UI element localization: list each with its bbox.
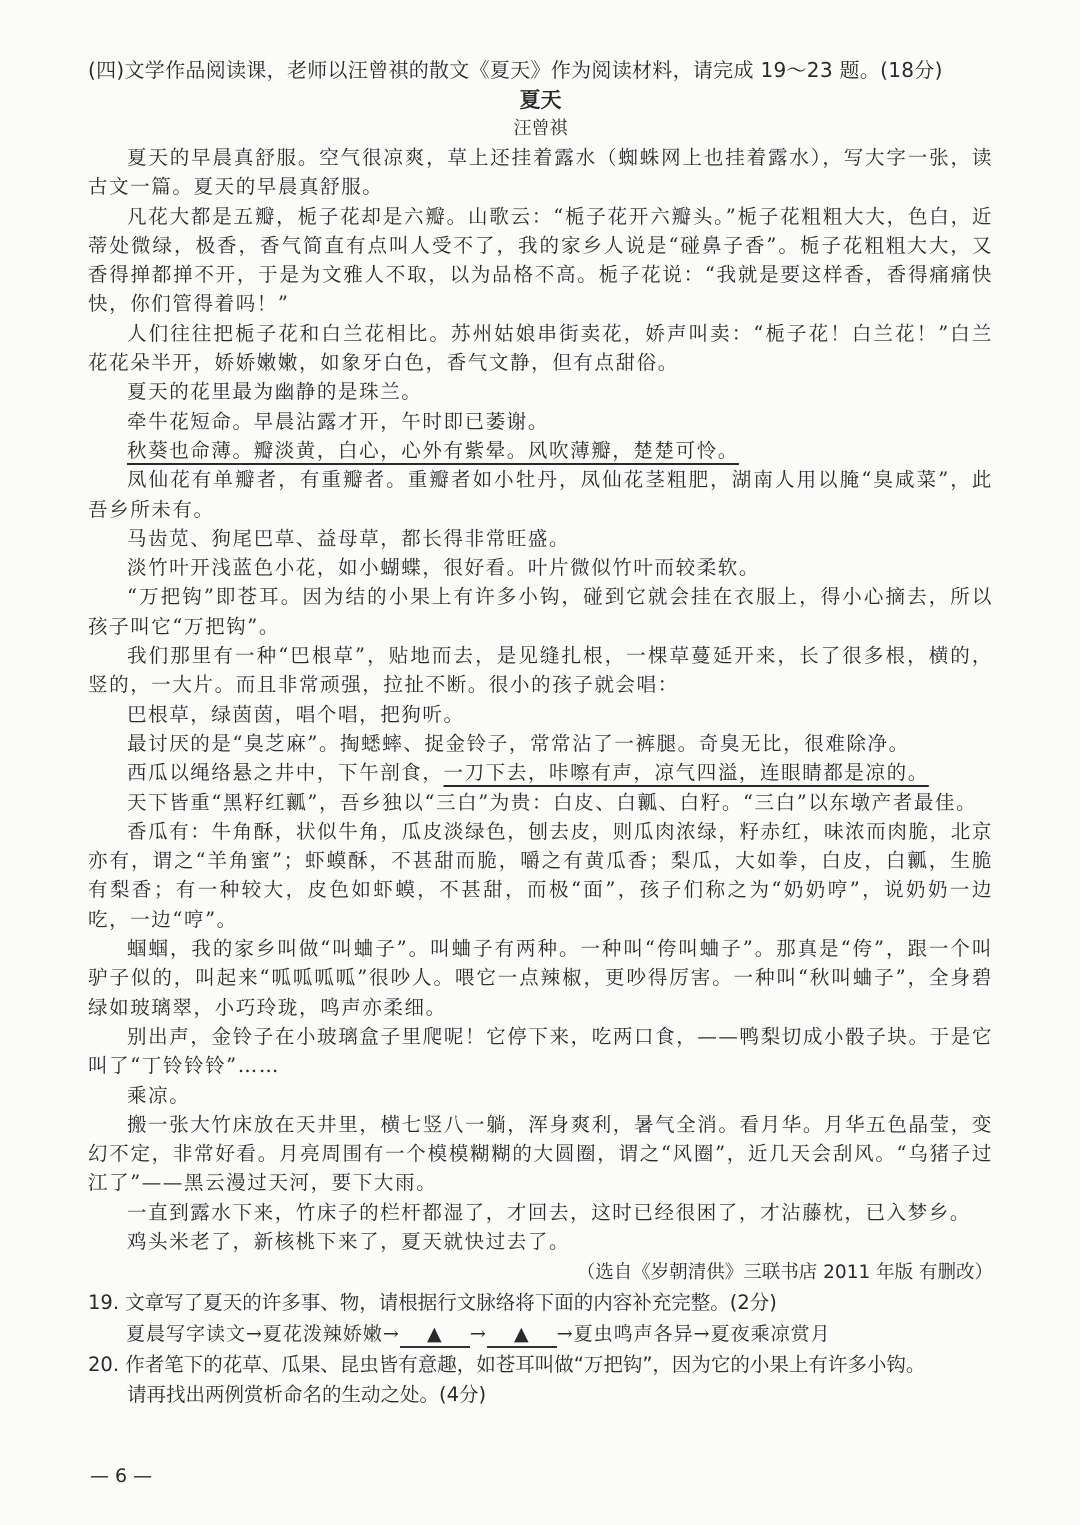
essay-paragraph: 淡竹叶开浅蓝色小花，如小蝴蝶，很好看。叶片微似竹叶而较柔软。	[88, 553, 993, 582]
essay-paragraph-watermelon: 西瓜以绳络悬之井中，下午剖食，一刀下去，咔嚓有声，凉气四溢，连眼睛都是凉的。	[88, 758, 993, 787]
essay-paragraph: 牵牛花短命。早晨沾露才开，午时即已萎谢。	[88, 407, 993, 436]
essay-paragraph: 天下皆重“黑籽红瓤”，吾乡独以“三白”为贵：白皮、白瓤、白籽。“三白”以东墩产者…	[88, 788, 993, 817]
essay-paragraph: 我们那里有一种“巴根草”，贴地而去，是见缝扎根，一棵草蔓延开来，长了很多根，横的…	[88, 641, 993, 700]
flow-arrow: →	[470, 1323, 487, 1345]
essay-paragraph: 马齿苋、狗尾巴草、益母草，都长得非常旺盛。	[88, 524, 993, 553]
question-19: 19. 文章写了夏天的许多事、物，请根据行文脉络将下面的内容补充完整。(2分)	[88, 1288, 993, 1318]
essay-paragraph: 乘凉。	[88, 1081, 993, 1110]
essay-paragraph: 别出声，金铃子在小玻璃盒子里爬呢！它停下来，吃两口食，——鸭梨切成小骰子块。于是…	[88, 1022, 993, 1081]
essay-paragraph: 香瓜有：牛角酥，状似牛角，瓜皮淡绿色，刨去皮，则瓜肉浓绿，籽赤红，味浓而肉脆，北…	[88, 817, 993, 934]
question-20-line1: 20. 作者笔下的花草、瓜果、昆虫皆有意趣，如苍耳叫做“万把钩”，因为它的小果上…	[88, 1350, 993, 1380]
question-20-line2: 请再找出两例赏析命名的生动之处。(4分)	[127, 1380, 993, 1410]
essay-paragraph: 鸡头米老了，新核桃下来了，夏天就快过去了。	[88, 1227, 993, 1256]
essay-paragraph: 搬一张大竹床放在天井里，横七竖八一躺，浑身爽利，暑气全消。看月华。月华五色晶莹，…	[88, 1110, 993, 1198]
essay-title: 夏天	[88, 85, 993, 115]
essay-paragraph: “万把钩”即苍耳。因为结的小果上有许多小钩，碰到它就会挂在衣服上，得小心摘去，所…	[88, 582, 993, 641]
watermelon-text: 西瓜以绳络悬之井中，下午剖食，	[127, 761, 444, 784]
answer-blank-2[interactable]: ▲	[487, 1322, 557, 1348]
essay-paragraph: 凤仙花有单瓣者，有重瓣者。重瓣者如小牡丹，凤仙花茎粗肥，湖南人用以腌“臭咸菜”，…	[88, 465, 993, 524]
flow-start: 夏晨写字读文→夏花泼辣娇嫩→	[126, 1323, 400, 1345]
question-19-flow: 夏晨写字读文→夏花泼辣娇嫩→▲→▲→夏虫鸣声各异→夏夜乘凉赏月	[126, 1318, 993, 1350]
answer-blank-1[interactable]: ▲	[400, 1322, 470, 1348]
section-intro: (四)文学作品阅读课，老师以汪曾祺的散文《夏天》作为阅读材料，请完成 19～23…	[88, 55, 993, 85]
essay-paragraph: 人们往往把栀子花和白兰花相比。苏州姑娘串街卖花，娇声叫卖：“栀子花！白兰花！”白…	[88, 319, 993, 378]
essay-paragraph-underlined: 秋葵也命薄。瓣淡黄，白心，心外有紫晕。风吹薄瓣，楚楚可怜。	[88, 436, 993, 465]
exam-page: (四)文学作品阅读课，老师以汪曾祺的散文《夏天》作为阅读材料，请完成 19～23…	[88, 55, 993, 1410]
essay-paragraph: 夏天的花里最为幽静的是珠兰。	[88, 377, 993, 406]
essay-paragraph: 最讨厌的是“臭芝麻”。掏蟋蟀、捉金铃子，常常沾了一裤腿。奇臭无比，很难除净。	[88, 729, 993, 758]
essay-author: 汪曾祺	[88, 115, 993, 143]
page-number: — 6 —	[90, 1465, 152, 1487]
essay-paragraph: 凡花大都是五瓣，栀子花却是六瓣。山歌云：“栀子花开六瓣头。”栀子花粗粗大大，色白…	[88, 202, 993, 319]
essay-source: （选自《岁朝清供》三联书店 2011 年版 有删改）	[88, 1258, 993, 1288]
underlined-sentence: 一刀下去，咔嚓有声，凉气四溢，连眼睛都是凉的。	[444, 761, 929, 784]
essay-paragraph: 蝈蝈，我的家乡叫做“叫蛐子”。叫蛐子有两种。一种叫“侉叫蛐子”。那真是“侉”，跟…	[88, 934, 993, 1022]
essay-paragraph: 夏天的早晨真舒服。空气很凉爽，草上还挂着露水（蜘蛛网上也挂着露水），写大字一张，…	[88, 143, 993, 202]
flow-end: →夏虫鸣声各异→夏夜乘凉赏月	[557, 1323, 831, 1345]
song-line: 巴根草，绿茵茵，唱个唱，把狗听。	[88, 700, 993, 729]
underlined-sentence: 秋葵也命薄。瓣淡黄，白心，心外有紫晕。风吹薄瓣，楚楚可怜。	[127, 439, 739, 462]
essay-paragraph: 一直到露水下来，竹床子的栏杆都湿了，才回去，这时已经很困了，才沾藤枕，已入梦乡。	[88, 1198, 993, 1227]
